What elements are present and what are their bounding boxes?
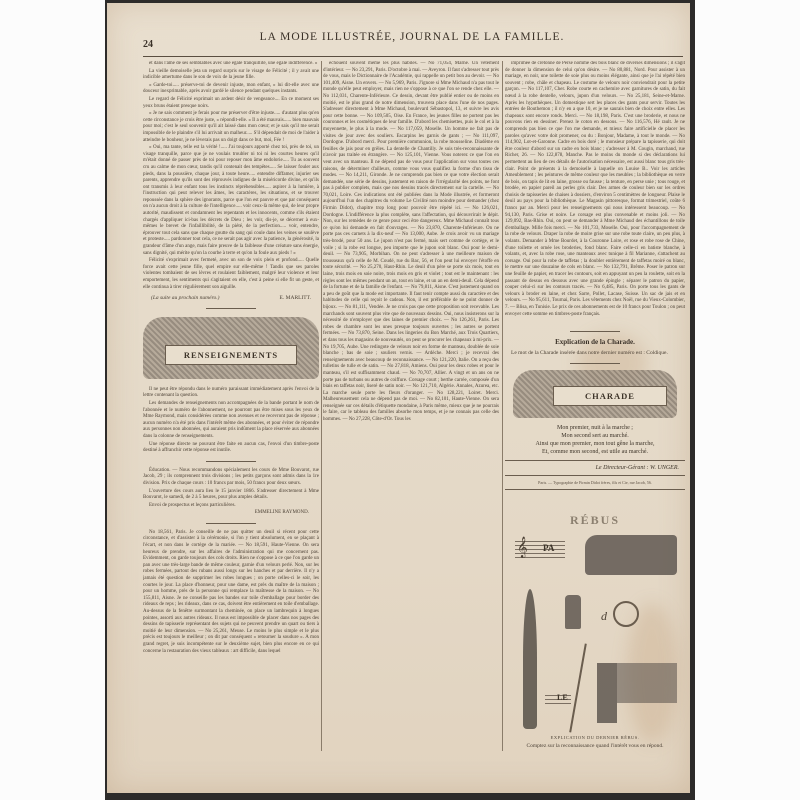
banner-title: CHARADE: [553, 386, 667, 406]
machine-engraving: [585, 535, 677, 575]
info-paragraph: Une réponse directe ne pouvant être fait…: [143, 442, 319, 455]
drapery-engraving: [617, 663, 677, 703]
section-divider: [206, 461, 256, 462]
column-story-and-info: et dans l'âme de ses semblables avec une…: [143, 61, 319, 751]
story-paragraph: Félicité s'exprimait avec fermeté, avec …: [143, 258, 319, 291]
story-paragraph: « Oui, ma tante, telle est la vérité !..…: [143, 145, 319, 257]
answers-paragraph: échouent souvent même les plus habiles. …: [323, 61, 499, 424]
column-pedestal-engraving: [597, 663, 617, 723]
charade-section: Explication de la Charade. Le mot de la …: [505, 325, 685, 494]
rebus-caption-text: Comptez sur la reconnaissance quand l'in…: [505, 743, 685, 749]
section-divider: [570, 331, 620, 332]
charade-poem: Mon premier, nuit à la marche ; Mon seco…: [505, 424, 685, 456]
education-paragraph: Éducation. — Nous recommandons spécialem…: [143, 468, 319, 488]
story-paragraph: Le regard de Félicité exprimait un arden…: [143, 97, 319, 110]
poem-line: Ainsi que mon premier, mon tout gêne la …: [505, 440, 685, 448]
director-credit: Le Directeur-Gérant : W. UNGER.: [505, 465, 679, 471]
newspaper-page: 24 LA MODE ILLUSTRÉE, JOURNAL DE LA FAMI…: [107, 3, 690, 793]
printer-credit: Paris. — Typographie de Firmin Didot frè…: [505, 480, 685, 485]
header-divider: [143, 56, 683, 57]
music-staff: [545, 703, 571, 704]
treble-clef-icon: 𝄞: [517, 537, 528, 558]
answers-paragraph: imprimée de cretonne de Perse nommé des …: [505, 61, 685, 318]
column-answers-continued: imprimée de cretonne de Perse nommé des …: [505, 61, 685, 321]
section-divider: [505, 475, 685, 476]
column-divider: [502, 61, 503, 751]
info-paragraph: Les demandes de renseignements non accom…: [143, 401, 319, 441]
journal-title: LA MODE ILLUSTRÉE, JOURNAL DE LA FAMILLE…: [137, 31, 687, 43]
charade-banner: CHARADE: [513, 370, 677, 418]
answers-paragraph: No 18,561, Paris. Je conseille de ne pas…: [143, 530, 319, 655]
story-paragraph: La vieille demoiselle jeta un regard sur…: [143, 69, 319, 82]
seal-engraving: [613, 601, 639, 627]
author-name: E. MARLITT.: [279, 295, 311, 302]
story-paragraph: « Je ne sais comment je ferais pour me p…: [143, 111, 319, 144]
poem-line: Mon second sert au marché.: [505, 432, 685, 440]
bucket-engraving: [565, 595, 581, 629]
section-divider: [206, 308, 256, 309]
poem-line: Et, comme mon second, est utile au march…: [505, 448, 685, 456]
section-divider: [206, 523, 256, 524]
section-divider: [505, 460, 685, 461]
rebus-letter: d: [601, 609, 607, 624]
renseignements-banner: RENSEIGNEMENTS: [143, 317, 319, 379]
spear-engraving: [569, 644, 587, 733]
info-paragraph: Il ne peut être répondu dans le numéro p…: [143, 387, 319, 400]
education-paragraph: Envoi de prospectus et leçons particuliè…: [143, 503, 319, 510]
rebus-puzzle: RÉBUS 𝄞 PA d LE EXPLICATION DU DERNIER R…: [505, 513, 685, 753]
column-answers: échouent souvent même les plus habiles. …: [323, 61, 499, 751]
rebus-note-text: LE: [557, 693, 568, 702]
continuation-note: (La suite au prochain numéro.): [151, 295, 220, 302]
cypress-tree-engraving: [523, 589, 537, 729]
rebus-caption-title: EXPLICATION DU DERNIER RÉBUS.: [505, 735, 685, 740]
rebus-title: RÉBUS: [505, 513, 685, 528]
rebus-note-text: PA: [543, 543, 554, 553]
page-header: 24 LA MODE ILLUSTRÉE, JOURNAL DE LA FAMI…: [137, 3, 687, 63]
story-paragraph: « Garde-toi..... préserve-toi de devenir…: [143, 83, 319, 96]
banner-title: RENSEIGNEMENTS: [165, 345, 297, 365]
story-signature: (La suite au prochain numéro.) E. MARLIT…: [151, 295, 311, 302]
education-paragraph: L'ouverture des cours aura lieu le 15 ja…: [143, 489, 319, 502]
poem-line: Mon premier, nuit à la marche ;: [505, 424, 685, 432]
story-paragraph: et dans l'âme de ses semblables avec une…: [143, 61, 319, 68]
charade-explanation-text: Le mot de la Charade insérée dans notre …: [505, 350, 685, 357]
section-divider: [570, 363, 620, 364]
column-divider: [321, 61, 322, 751]
charade-explanation-title: Explication de la Charade.: [505, 338, 685, 346]
section-divider: [505, 489, 685, 490]
education-signature: EMMELINE RAYMOND.: [143, 510, 309, 517]
